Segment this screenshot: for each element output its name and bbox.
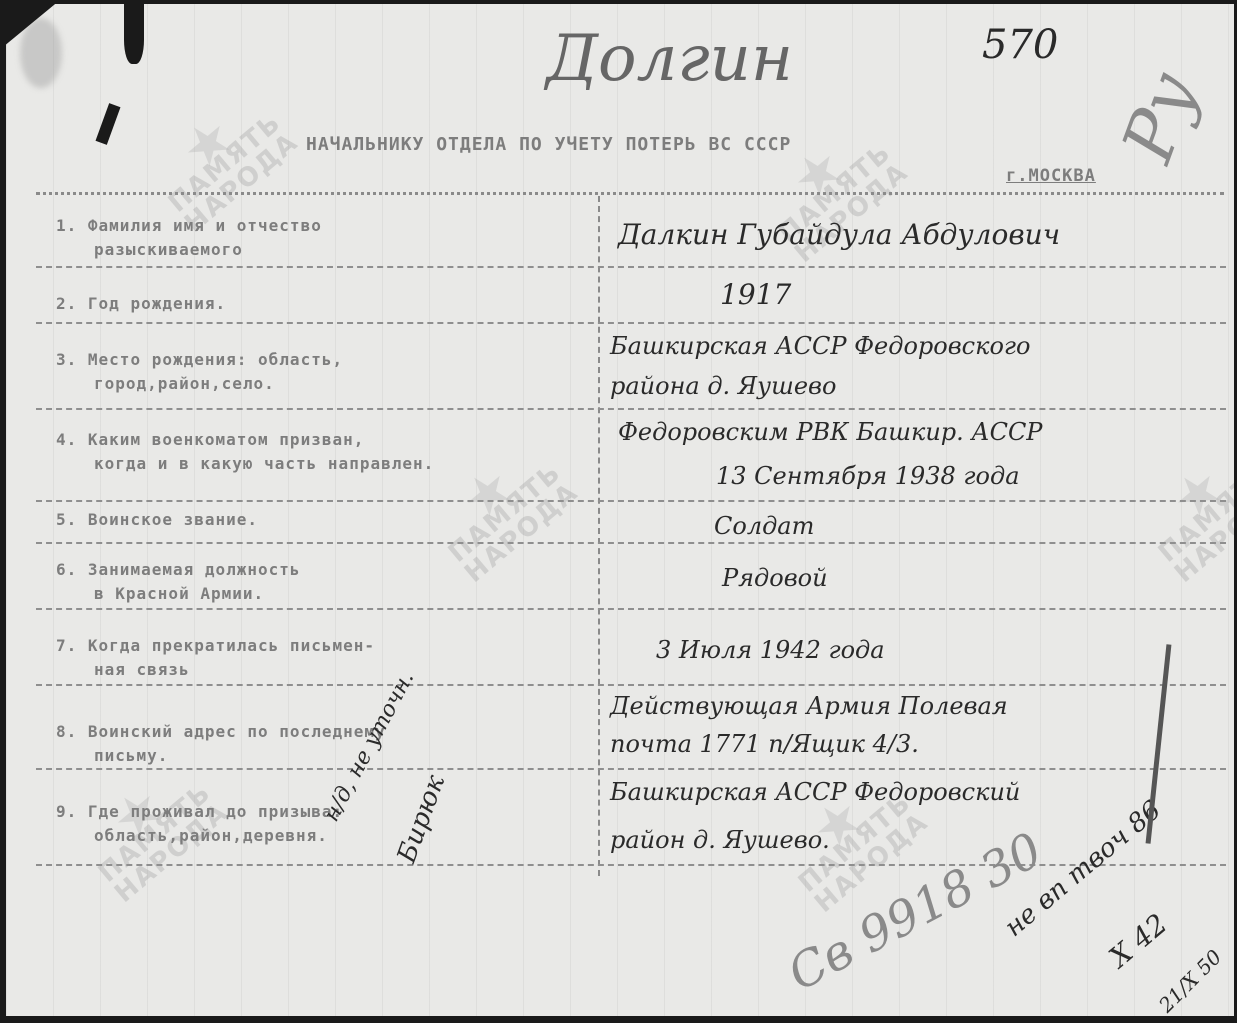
city-header: г.МОСКВА: [1006, 166, 1096, 186]
field-value-full-name: Далкин Губайдула Абдулович: [618, 218, 1060, 251]
divider: [36, 192, 1224, 195]
field-value-rank: Солдат: [714, 512, 814, 540]
field-label-military-address: 8. Воинский адрес по последнему письму.: [56, 720, 596, 768]
paper-tear: [96, 103, 121, 145]
row-separator: [36, 684, 1226, 686]
field-value-birthplace-line2: района д. Яушево: [610, 372, 836, 400]
field-label-position: 6. Занимаемая должность в Красной Армии.: [56, 558, 596, 606]
row-separator: [36, 408, 1226, 410]
field-value-draft-office: Федоровским РВК Башкир. АССР: [618, 418, 1042, 446]
field-label-birth-year: 2. Год рождения.: [56, 292, 596, 316]
field-label-rank: 5. Воинское звание.: [56, 508, 596, 532]
document-page: ★ПАМЯТЬНАРОДА ★ПАМЯТЬНАРОДА ★ПАМЯТЬНАРОД…: [6, 4, 1234, 1016]
archive-mark: X 42: [1103, 907, 1174, 974]
surname-annotation: Долгин: [546, 22, 793, 96]
field-value-birthplace-line1: Башкирская АССР Федоровского: [610, 332, 1030, 360]
field-value-residence-line2: район д. Яушево.: [610, 826, 830, 854]
addressee-header: НАЧАЛЬНИКУ ОТДЕЛА ПО УЧЕТУ ПОТЕРЬ ВС ССС…: [306, 134, 791, 155]
file-number: 570: [982, 22, 1058, 68]
row-separator: [36, 608, 1226, 610]
field-value-military-address-line2: почта 1771 п/Ящик 4/3.: [610, 730, 919, 758]
row-separator: [36, 500, 1226, 502]
row-separator: [36, 768, 1226, 770]
field-label-birthplace: 3. Место рождения: область, город,район,…: [56, 348, 596, 396]
field-label-full-name: 1. Фамилия имя и отчество разыскиваемого: [56, 214, 596, 262]
watermark: ★ПАМЯТЬНАРОДА: [1137, 439, 1237, 588]
corner-initials: Ру: [1106, 62, 1213, 172]
field-value-last-contact: 3 Июля 1942 года: [656, 636, 885, 664]
field-value-draft-date: 13 Сентября 1938 года: [716, 462, 1020, 490]
row-separator: [36, 266, 1226, 268]
row-separator: [36, 542, 1226, 544]
paper-tear: [124, 4, 144, 64]
archive-date-note: 21/X 50: [1154, 945, 1226, 1017]
field-label-last-contact: 7. Когда прекратилась письмен- ная связь: [56, 634, 596, 682]
field-value-residence-line1: Башкирская АССР Федоровский: [610, 778, 1020, 806]
field-label-draft-office: 4. Каким военкоматом призван, когда и в …: [56, 428, 596, 476]
column-divider: [598, 196, 600, 876]
row-separator: [36, 322, 1226, 324]
field-value-military-address-line1: Действующая Армия Полевая: [610, 692, 1008, 720]
stain: [20, 18, 62, 88]
field-value-birth-year: 1917: [720, 278, 791, 311]
field-value-position: Рядовой: [722, 564, 828, 592]
